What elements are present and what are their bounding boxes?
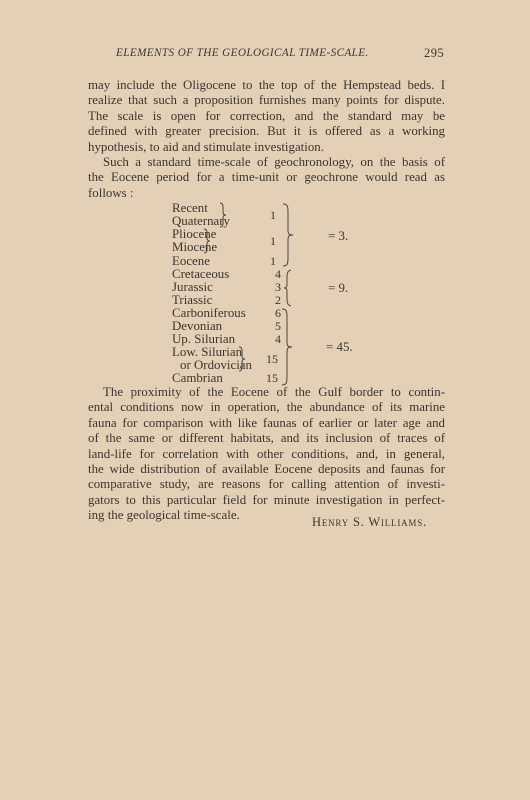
period-value: 5 — [267, 320, 281, 333]
paragraph-line: hypothesis, to aid and stimulate investi… — [88, 140, 445, 155]
group-total: = 9. — [328, 281, 348, 296]
period-name: or Ordovician — [180, 359, 252, 372]
period-name: Quaternary — [172, 215, 230, 228]
paragraph-line: ental conditions now in operation, the a… — [88, 400, 445, 415]
paragraph-2: Such a standard time-scale of geochronol… — [88, 155, 445, 201]
paragraph-1: may include the Oligocene to the top of … — [88, 78, 445, 155]
small-brace-icon — [219, 202, 227, 228]
period-value: 1 — [262, 209, 276, 222]
paragraph-line: The proximity of the Eocene of the Gulf … — [88, 385, 445, 400]
page-number: 295 — [424, 46, 444, 61]
period-name: Cambrian — [172, 372, 223, 385]
group-brace-icon — [282, 203, 294, 267]
paragraph-line: gators to this particular field for minu… — [88, 493, 445, 508]
group-brace-icon — [281, 308, 293, 386]
paragraph-line: defined with greater precision. But it i… — [88, 124, 445, 139]
period-name: Up. Silurian — [172, 333, 235, 346]
period-value: 6 — [267, 307, 281, 320]
period-value: 3 — [267, 281, 281, 294]
period-name: Low. Silurian — [172, 346, 242, 359]
paragraph-line: may include the Oligocene to the top of … — [88, 78, 445, 93]
period-name: Triassic — [172, 294, 212, 307]
period-value: 4 — [267, 333, 281, 346]
period-name: Recent — [172, 202, 208, 215]
paragraph-line: follows : — [88, 186, 445, 201]
period-name: Jurassic — [172, 281, 213, 294]
period-value: 1 — [262, 255, 276, 268]
period-name: Miocene — [172, 241, 217, 254]
paragraph-3: The proximity of the Eocene of the Gulf … — [88, 385, 445, 524]
author-signature: Henry S. Williams. — [312, 515, 427, 530]
paragraph-line: realize that such a proposition furnishe… — [88, 93, 445, 108]
group-total: = 3. — [328, 229, 348, 244]
paragraph-line: Such a standard time-scale of geochronol… — [88, 155, 445, 170]
small-brace-icon — [203, 228, 211, 254]
period-value: 15 — [262, 372, 278, 385]
period-name: Eocene — [172, 255, 210, 268]
running-head-title: Elements of the Geological Time-Scale. — [116, 47, 369, 59]
paragraph-line: comparative study, are reasons for calli… — [88, 477, 445, 492]
paragraph-line: The scale is open for correction, and th… — [88, 109, 445, 124]
period-value: 2 — [267, 294, 281, 307]
group-total: = 45. — [326, 340, 353, 355]
period-name: Devonian — [172, 320, 222, 333]
group-brace-icon — [283, 269, 293, 307]
period-value: 1 — [262, 235, 276, 248]
period-name: Cretaceous — [172, 268, 229, 281]
paragraph-line: land-life for correlation with other con… — [88, 447, 445, 462]
paragraph-line: the Eocene period for a time-unit or geo… — [88, 170, 445, 185]
paragraph-line: the wide distribution of available Eocen… — [88, 462, 445, 477]
period-name: Pliocene — [172, 228, 216, 241]
paragraph-line: fauna for comparison with like faunas of… — [88, 416, 445, 431]
running-head: Elements of the Geological Time-Scale. 2… — [116, 47, 446, 63]
period-name: Carboniferous — [172, 307, 246, 320]
period-value: 15 — [262, 353, 278, 366]
small-brace-icon — [238, 346, 246, 372]
period-value: 4 — [267, 268, 281, 281]
paragraph-line: of the same or different habitats, and i… — [88, 431, 445, 446]
